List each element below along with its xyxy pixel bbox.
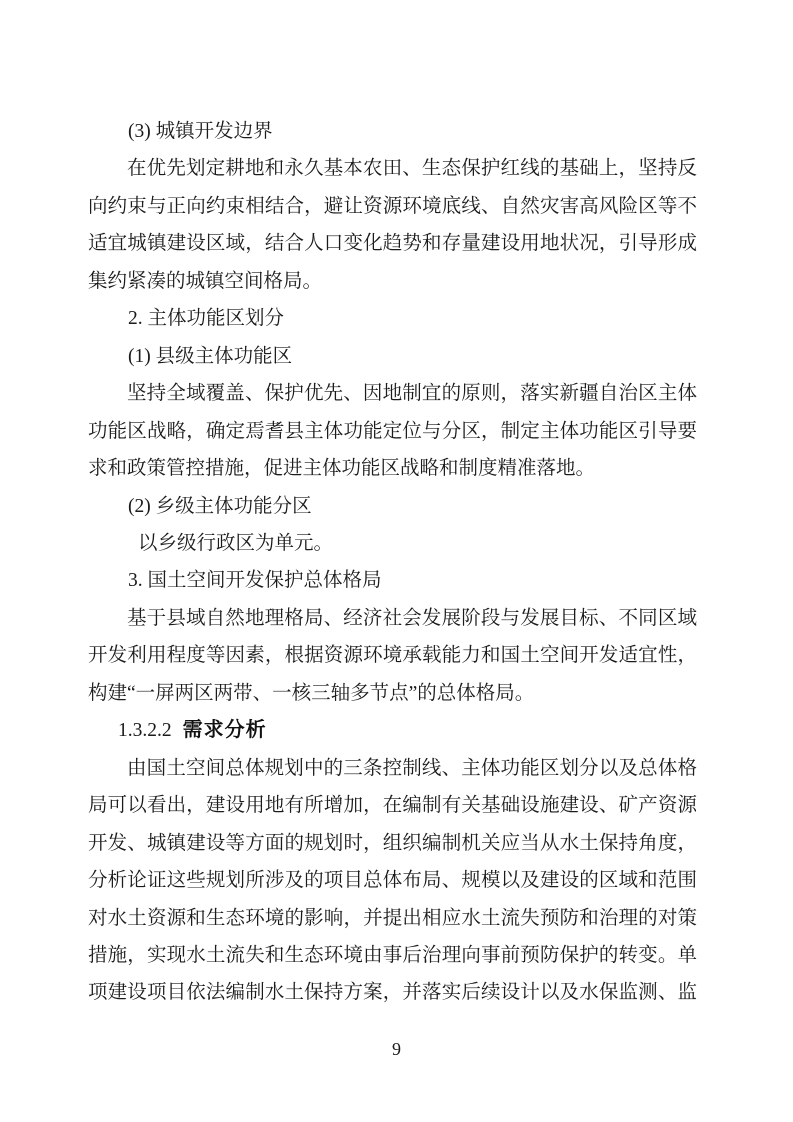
- paragraph-line: 由国土空间总体规划中的三条控制线、主体功能区划分以及总体格: [88, 750, 697, 787]
- paragraph-line: 向约束与正向约束相结合，避让资源环境底线、自然灾害高风险区等不: [88, 188, 697, 225]
- paragraph-line: 在优先划定耕地和永久基本农田、生态保护红线的基础上，坚持反: [88, 150, 697, 187]
- document-body: (3) 城镇开发边界 在优先划定耕地和永久基本农田、生态保护红线的基础上，坚持反…: [88, 113, 697, 1012]
- section-heading: 1.3.2.2需求分析: [88, 712, 697, 749]
- list-item-label: (3) 城镇开发边界: [88, 113, 697, 150]
- paragraph-line: 项建设项目依法编制水土保持方案，并落实后续设计以及水保监测、监: [88, 974, 697, 1011]
- paragraph-line: 开发利用程度等因素，根据资源环境承载能力和国土空间开发适宜性，: [88, 637, 697, 674]
- paragraph-line: 对水土资源和生态环境的影响，并提出相应水土流失预防和治理的对策: [88, 900, 697, 937]
- paragraph-line: 求和政策管控措施，促进主体功能区战略和制度精准落地。: [88, 450, 697, 487]
- paragraph-line: 功能区战略，确定焉耆县主体功能定位与分区，制定主体功能区引导要: [88, 413, 697, 450]
- paragraph-line: 开发、城镇建设等方面的规划时，组织编制机关应当从水土保持角度，: [88, 825, 697, 862]
- list-item-label: 2. 主体功能区划分: [88, 300, 697, 337]
- paragraph-line: 以乡级行政区为单元。: [88, 525, 697, 562]
- paragraph-line: 局可以看出，建设用地有所增加，在编制有关基础设施建设、矿产资源: [88, 787, 697, 824]
- paragraph-line: 分析论证这些规划所涉及的项目总体布局、规模以及建设的区域和范围: [88, 862, 697, 899]
- paragraph-line: 措施，实现水土流失和生态环境由事后治理向事前预防保护的转变。单: [88, 937, 697, 974]
- paragraph-line: 基于县域自然地理格局、经济社会发展阶段与发展目标、不同区域: [88, 600, 697, 637]
- list-item-label: (1) 县级主体功能区: [88, 338, 697, 375]
- page-number: 9: [0, 1031, 793, 1068]
- section-heading-number: 1.3.2.2: [118, 720, 172, 741]
- paragraph-line: 集约紧凑的城镇空间格局。: [88, 263, 697, 300]
- section-heading-title: 需求分析: [183, 719, 267, 741]
- paragraph-line: 构建“一屏两区两带、一核三轴多节点”的总体格局。: [88, 675, 697, 712]
- document-page: (3) 城镇开发边界 在优先划定耕地和永久基本农田、生态保护红线的基础上，坚持反…: [0, 0, 793, 1122]
- paragraph-line: 适宜城镇建设区域，结合人口变化趋势和存量建设用地状况，引导形成: [88, 225, 697, 262]
- list-item-label: (2) 乡级主体功能分区: [88, 488, 697, 525]
- list-item-label: 3. 国土空间开发保护总体格局: [88, 562, 697, 599]
- paragraph-line: 坚持全域覆盖、保护优先、因地制宜的原则，落实新疆自治区主体: [88, 375, 697, 412]
